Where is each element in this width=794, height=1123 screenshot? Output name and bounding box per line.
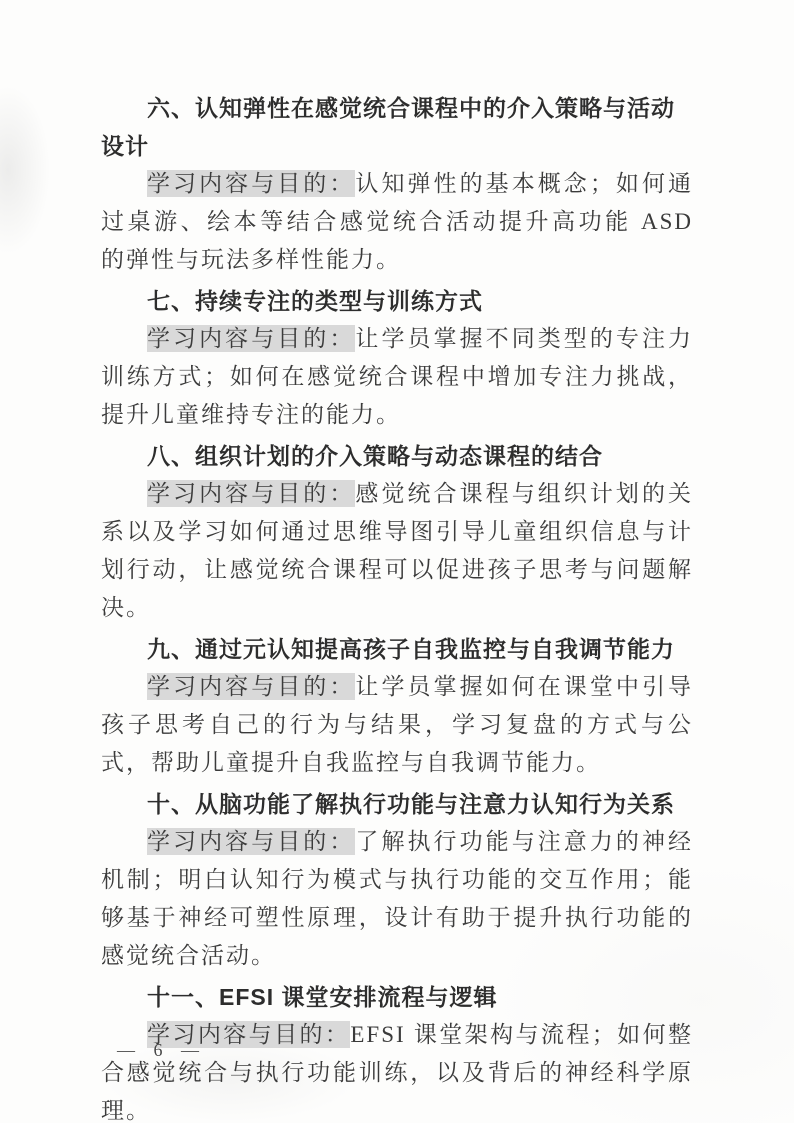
section-paragraph: 学习内容与目的：让学员掌握如何在课堂中引导孩子思考自己的行为与结果，学习复盘的方… [101,668,693,782]
page-number: — 6 — [117,1040,206,1061]
section-heading: 十、从脑功能了解执行功能与注意力认知行为关系 [101,785,693,823]
section-paragraph: 学习内容与目的：让学员掌握不同类型的专注力训练方式；如何在感觉统合课程中增加专注… [101,320,693,434]
section-10: 十、从脑功能了解执行功能与注意力认知行为关系 学习内容与目的：了解执行功能与注意… [101,785,693,975]
label-highlight: 学习内容与目的： [147,828,355,855]
label-highlight: 学习内容与目的： [147,325,355,352]
scanned-document-page: 六、认知弹性在感觉统合课程中的介入策略与活动设计 学习内容与目的：认知弹性的基本… [0,0,794,1123]
section-7: 七、持续专注的类型与训练方式 学习内容与目的：让学员掌握不同类型的专注力训练方式… [101,282,693,434]
label-highlight: 学习内容与目的： [147,170,355,197]
section-heading: 十一、EFSI 课堂安排流程与逻辑 [101,978,693,1016]
label-highlight: 学习内容与目的： [147,480,355,507]
section-paragraph: 学习内容与目的：认知弹性的基本概念；如何通过桌游、绘本等结合感觉统合活动提升高功… [101,165,693,279]
label-highlight: 学习内容与目的： [147,673,355,700]
section-6: 六、认知弹性在感觉统合课程中的介入策略与活动设计 学习内容与目的：认知弹性的基本… [101,89,693,279]
section-heading: 七、持续专注的类型与训练方式 [101,282,693,320]
section-paragraph: 学习内容与目的：EFSI 课堂架构与流程；如何整合感觉统合与执行功能训练，以及背… [101,1016,693,1123]
section-paragraph: 学习内容与目的：感觉统合课程与组织计划的关系以及学习如何通过思维导图引导儿童组织… [101,475,693,627]
section-9: 九、通过元认知提高孩子自我监控与自我调节能力 学习内容与目的：让学员掌握如何在课… [101,630,693,782]
section-paragraph: 学习内容与目的：了解执行功能与注意力的神经机制；明白认知行为模式与执行功能的交互… [101,823,693,975]
section-8: 八、组织计划的介入策略与动态课程的结合 学习内容与目的：感觉统合课程与组织计划的… [101,437,693,627]
document-content: 六、认知弹性在感觉统合课程中的介入策略与活动设计 学习内容与目的：认知弹性的基本… [101,86,693,1123]
section-heading: 六、认知弹性在感觉统合课程中的介入策略与活动设计 [101,89,693,165]
section-heading: 八、组织计划的介入策略与动态课程的结合 [101,437,693,475]
section-heading: 九、通过元认知提高孩子自我监控与自我调节能力 [101,630,693,668]
